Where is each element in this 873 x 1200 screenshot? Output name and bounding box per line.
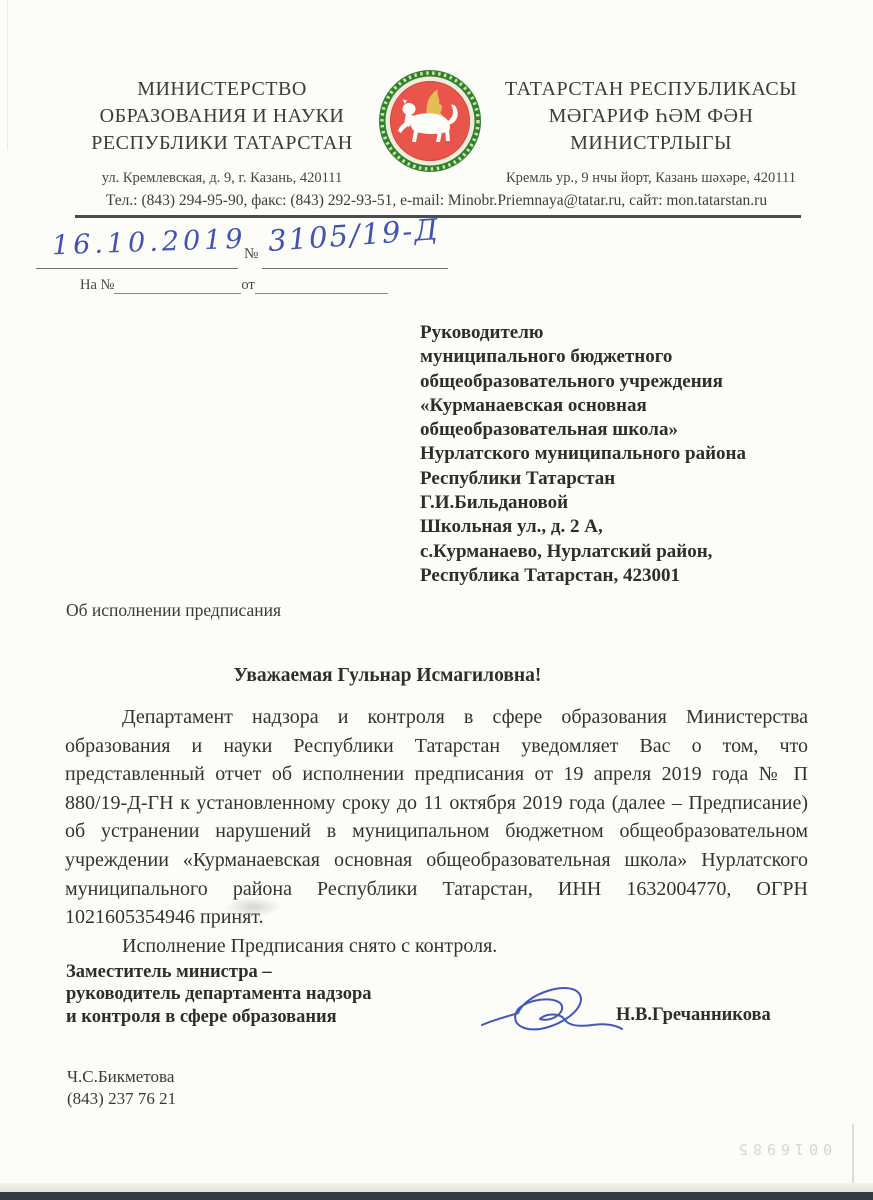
org-title-line: МИНИСТРЛЫГЫ xyxy=(488,130,814,157)
signer-name: Н.В.Гречанникова xyxy=(616,1005,771,1026)
recipient-line: Республика Татарстан, 423001 xyxy=(420,564,805,588)
upside-down-corner-number: 0016985 xyxy=(716,1140,850,1158)
reply-reference-line: На №от xyxy=(80,277,388,294)
salutation: Уважаемая Гульнар Исмагиловна! xyxy=(65,665,710,687)
recipient-line: общеобразовательного учреждения xyxy=(420,370,805,394)
scan-edge-left xyxy=(7,0,8,150)
letter-body: Департамент надзора и контроля в сфере о… xyxy=(65,703,808,960)
org-title-line: МӘГАРИФ ҺӘМ ФӘН xyxy=(488,103,814,130)
org-title-russian: МИНИСТЕРСТВО ОБРАЗОВАНИЯ И НАУКИ РЕСПУБЛ… xyxy=(72,76,372,157)
reply-number-blank xyxy=(114,278,241,294)
letter-scan-page: МИНИСТЕРСТВО ОБРАЗОВАНИЯ И НАУКИ РЕСПУБЛ… xyxy=(0,0,873,1200)
recipient-line: Руководителю xyxy=(420,321,805,345)
reply-date-blank xyxy=(255,278,388,294)
org-address-russian: ул. Кремлевская, д. 9, г. Казань, 420111 xyxy=(72,170,372,187)
org-address-tatar: Кремль ур., 9 нчы йорт, Казань шәхәре, 4… xyxy=(488,170,814,187)
scan-edge-bottom-dark xyxy=(0,1192,873,1200)
org-title-line: МИНИСТЕРСТВО xyxy=(72,76,372,103)
contact-line: Тел.: (843) 294-95-90, факс: (843) 292-9… xyxy=(60,192,813,210)
body-paragraph: Департамент надзора и контроля в сфере о… xyxy=(65,703,808,932)
executor-phone: (843) 237 76 21 xyxy=(67,1088,176,1110)
recipient-line: Г.И.Бильдановой xyxy=(420,491,805,515)
org-block-russian: МИНИСТЕРСТВО ОБРАЗОВАНИЯ И НАУКИ РЕСПУБЛ… xyxy=(72,76,372,187)
handwritten-signature-icon xyxy=(476,973,626,1049)
recipient-line: «Курманаевская основная xyxy=(420,394,805,418)
scan-edge-right xyxy=(852,1124,854,1186)
handwritten-date: 16.10.2019 xyxy=(52,224,248,262)
date-underline xyxy=(36,268,238,269)
signer-position-block: Заместитель министра – руководитель депа… xyxy=(66,961,372,1028)
org-title-line: ОБРАЗОВАНИЯ И НАУКИ xyxy=(72,103,372,130)
reply-label: На № xyxy=(80,277,114,293)
number-underline xyxy=(262,268,448,269)
org-title-line: ТАТАРСТАН РЕСПУБЛИКАСЫ xyxy=(488,76,814,103)
body-paragraph: Исполнение Предписания снято с контроля. xyxy=(65,932,808,961)
org-title-line: РЕСПУБЛИКИ ТАТАРСТАН xyxy=(72,130,372,157)
executor-name: Ч.С.Бикметова xyxy=(67,1066,176,1088)
executor-block: Ч.С.Бикметова (843) 237 76 21 xyxy=(67,1066,176,1110)
number-sign-label: № xyxy=(244,246,258,263)
scan-smudge xyxy=(224,897,282,917)
signer-position-line: Заместитель министра – xyxy=(66,961,372,983)
recipient-line: Республики Татарстан xyxy=(420,467,805,491)
recipient-address-block: Руководителю муниципального бюджетного о… xyxy=(420,321,805,588)
org-block-tatar: ТАТАРСТАН РЕСПУБЛИКАСЫ МӘГАРИФ ҺӘМ ФӘН М… xyxy=(488,76,814,187)
recipient-line: Школьная ул., д. 2 А, xyxy=(420,515,805,539)
signer-position-line: и контроля в сфере образования xyxy=(66,1006,372,1028)
recipient-line: муниципального бюджетного xyxy=(420,345,805,369)
subject-line: Об исполнении предписания xyxy=(66,600,281,621)
reply-from-label: от xyxy=(241,277,254,293)
recipient-line: с.Курманаево, Нурлатский район, xyxy=(420,540,805,564)
signer-position-line: руководитель департамента надзора xyxy=(66,983,372,1005)
recipient-line: общеобразовательная школа» xyxy=(420,418,805,442)
org-title-tatar: ТАТАРСТАН РЕСПУБЛИКАСЫ МӘГАРИФ ҺӘМ ФӘН М… xyxy=(488,76,814,157)
tatarstan-coat-of-arms-icon xyxy=(378,69,482,173)
scan-edge-bottom-light xyxy=(0,1183,873,1192)
handwritten-outgoing-number: 3105/19-Д xyxy=(267,212,441,258)
recipient-line: Нурлатского муниципального района xyxy=(420,442,805,466)
